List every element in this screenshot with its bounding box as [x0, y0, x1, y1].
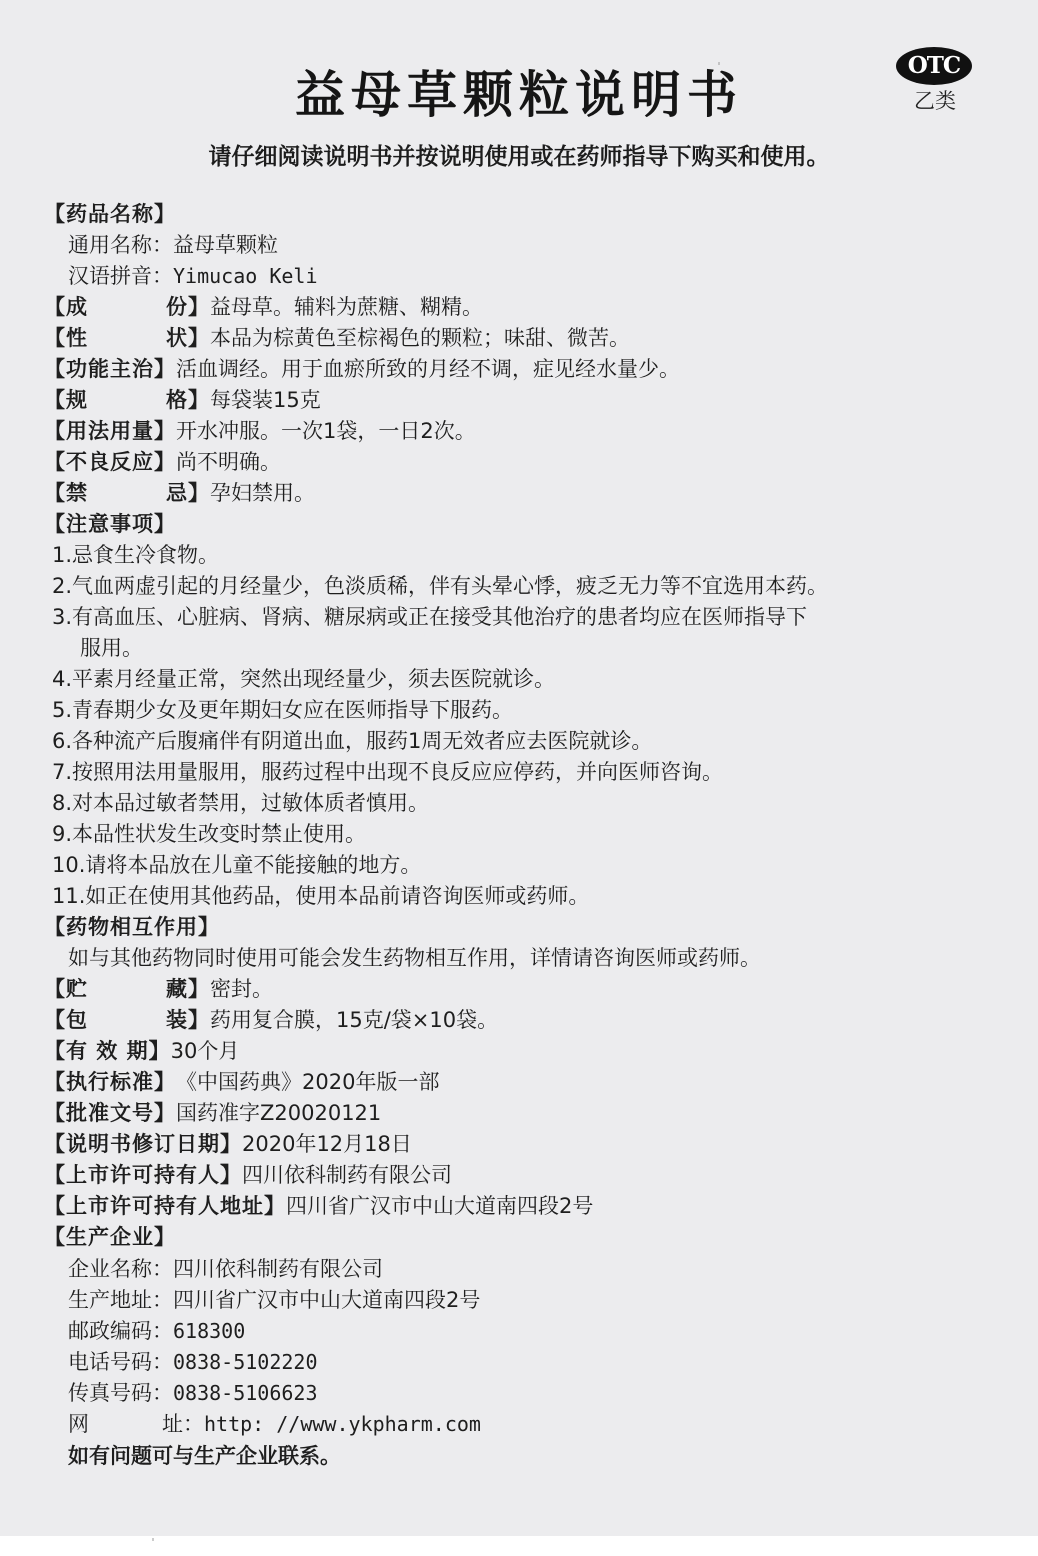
- section-value: 活血调经。用于血瘀所致的月经不调，症见经水量少。: [176, 357, 680, 381]
- contact-note: 如有问题可与生产企业联系。: [68, 1441, 341, 1472]
- manufacturer-website-row: 网址：http: //www.ykpharm.com: [68, 1409, 481, 1440]
- website-link[interactable]: http: //www.ykpharm.com: [204, 1412, 481, 1436]
- generic-name-label: 通用名称：: [68, 233, 173, 257]
- section-value: 四川依科制药有限公司: [242, 1163, 452, 1187]
- precaution-item: 4.平素月经量正常，突然出现经量少，须去医院就诊。: [52, 664, 555, 695]
- address-value: 四川省广汉市中山大道南四段2号: [173, 1288, 480, 1312]
- section-contraindications: 【禁忌】孕妇禁用。: [44, 478, 315, 509]
- pinyin-label: 汉语拼音：: [68, 264, 173, 288]
- section-description: 【性状】本品为棕黄色至棕褐色的颗粒；味甜、微苦。: [44, 323, 630, 354]
- section-storage: 【贮藏】密封。: [44, 974, 273, 1005]
- manufacturer-phone-row: 电话号码：0838-5102220: [68, 1347, 318, 1378]
- section-mah-address: 【上市许可持有人地址】四川省广汉市中山大道南四段2号: [44, 1191, 593, 1222]
- precaution-item: 5.青春期少女及更年期妇女应在医师指导下服药。: [52, 695, 513, 726]
- leaflet-paper: 益母草颗粒说明书 OTC 乙类 请仔细阅读说明书并按说明使用或在药师指导下购买和…: [0, 0, 1038, 1536]
- section-value: 国药准字Z20020121: [176, 1101, 381, 1125]
- section-value: 四川省广汉市中山大道南四段2号: [286, 1194, 593, 1218]
- phone-label: 电话号码：: [68, 1350, 173, 1374]
- section-label: 【包装】: [44, 1005, 210, 1036]
- precaution-item: 11.如正在使用其他药品，使用本品前请咨询医师或药师。: [52, 881, 589, 912]
- section-value: 30个月: [171, 1039, 240, 1063]
- section-label: 【说明书修订日期】: [44, 1129, 242, 1160]
- section-value: 药用复合膜，15克/袋×10袋。: [210, 1008, 498, 1032]
- section-value: 密封。: [210, 977, 273, 1001]
- manufacturer-address-row: 生产地址：四川省广汉市中山大道南四段2号: [68, 1285, 480, 1316]
- section-label: 【批准文号】: [44, 1098, 176, 1129]
- section-label: 【性状】: [44, 323, 210, 354]
- manufacturer-company-row: 企业名称：四川依科制药有限公司: [68, 1254, 383, 1285]
- scan-speck: [718, 62, 720, 65]
- section-label: 【规格】: [44, 385, 210, 416]
- precaution-item: 3.有高血压、心脏病、肾病、糖尿病或正在接受其他治疗的患者均应在医师指导下: [52, 602, 807, 633]
- section-label: 【有 效 期】: [44, 1036, 171, 1067]
- manufacturer-postcode-row: 邮政编码：618300: [68, 1316, 245, 1347]
- section-value: 益母草。辅料为蔗糖、糊精。: [210, 295, 483, 319]
- section-value: 本品为棕黄色至棕褐色的颗粒；味甜、微苦。: [210, 326, 630, 350]
- section-revision-date: 【说明书修订日期】2020年12月18日: [44, 1129, 412, 1160]
- precaution-item: 6.各种流产后腹痛伴有阴道出血，服药1周无效者应去医院就诊。: [52, 726, 652, 757]
- section-packaging: 【包装】药用复合膜，15克/袋×10袋。: [44, 1005, 498, 1036]
- precaution-item: 9.本品性状发生改变时禁止使用。: [52, 819, 366, 850]
- section-label: 【执行标准】: [44, 1067, 176, 1098]
- generic-name-value: 益母草颗粒: [173, 233, 278, 257]
- section-specification: 【规格】每袋装15克: [44, 385, 321, 416]
- precaution-item: 10.请将本品放在儿童不能接触的地方。: [52, 850, 421, 881]
- pinyin-value: Yimucao Keli: [173, 264, 318, 288]
- section-mah: 【上市许可持有人】四川依科制药有限公司: [44, 1160, 452, 1191]
- section-indications: 【功能主治】活血调经。用于血瘀所致的月经不调，症见经水量少。: [44, 354, 680, 385]
- scan-speck: [152, 1538, 154, 1541]
- section-label: 【不良反应】: [44, 447, 176, 478]
- section-adverse-reactions: 【不良反应】尚不明确。: [44, 447, 281, 478]
- section-precautions-heading: 【注意事项】: [44, 509, 176, 540]
- section-approval-number: 【批准文号】国药准字Z20020121: [44, 1098, 381, 1129]
- section-ingredients: 【成份】益母草。辅料为蔗糖、糊精。: [44, 292, 483, 323]
- section-value: 孕妇禁用。: [210, 481, 315, 505]
- section-label: 【用法用量】: [44, 416, 176, 447]
- section-dosage: 【用法用量】开水冲服。一次1袋，一日2次。: [44, 416, 476, 447]
- otc-badge-icon: OTC: [896, 47, 972, 85]
- document-title: 益母草颗粒说明书: [0, 60, 1038, 130]
- phone-value: 0838-5102220: [173, 1350, 318, 1374]
- section-value: 每袋装15克: [210, 388, 321, 412]
- section-manufacturer-heading: 【生产企业】: [44, 1222, 176, 1253]
- reading-notice: 请仔细阅读说明书并按说明使用或在药师指导下购买和使用。: [0, 141, 1038, 173]
- section-label: 【禁忌】: [44, 478, 210, 509]
- otc-class-label: 乙类: [904, 87, 966, 115]
- section-label: 【上市许可持有人】: [44, 1160, 242, 1191]
- precaution-item: 7.按照用法用量服用，服药过程中出现不良反应应停药，并向医师咨询。: [52, 757, 723, 788]
- company-value: 四川依科制药有限公司: [173, 1257, 383, 1281]
- section-value: 开水冲服。一次1袋，一日2次。: [176, 419, 476, 443]
- section-label: 【贮藏】: [44, 974, 210, 1005]
- section-label: 【功能主治】: [44, 354, 176, 385]
- generic-name-row: 通用名称：益母草颗粒: [68, 230, 278, 261]
- address-label: 生产地址：: [68, 1288, 173, 1312]
- website-label: 网址：: [68, 1409, 204, 1440]
- section-label: 【上市许可持有人地址】: [44, 1191, 286, 1222]
- precaution-item: 8.对本品过敏者禁用，过敏体质者慎用。: [52, 788, 429, 819]
- pinyin-row: 汉语拼音：Yimucao Keli: [68, 261, 318, 292]
- section-value: 《中国药典》2020年版一部: [176, 1070, 439, 1094]
- fax-value: 0838-5106623: [173, 1381, 318, 1405]
- precaution-item: 1.忌食生冷食物。: [52, 540, 219, 571]
- interactions-text: 如与其他药物同时使用可能会发生药物相互作用，详情请咨询医师或药师。: [68, 943, 761, 974]
- section-standard: 【执行标准】《中国药典》2020年版一部: [44, 1067, 439, 1098]
- section-shelf-life: 【有 效 期】30个月: [44, 1036, 239, 1067]
- postcode-value: 618300: [173, 1319, 245, 1343]
- section-value: 尚不明确。: [176, 450, 281, 474]
- manufacturer-fax-row: 传真号码：0838-5106623: [68, 1378, 318, 1409]
- section-drug-name-heading: 【药品名称】: [44, 199, 176, 230]
- precaution-item-continued: 服用。: [80, 633, 143, 664]
- company-label: 企业名称：: [68, 1257, 173, 1281]
- section-value: 2020年12月18日: [242, 1132, 412, 1156]
- section-interactions-heading: 【药物相互作用】: [44, 912, 220, 943]
- fax-label: 传真号码：: [68, 1381, 173, 1405]
- precaution-item: 2.气血两虚引起的月经量少，色淡质稀，伴有头晕心悸，疲乏无力等不宜选用本药。: [52, 571, 828, 602]
- section-label: 【成份】: [44, 292, 210, 323]
- postcode-label: 邮政编码：: [68, 1319, 173, 1343]
